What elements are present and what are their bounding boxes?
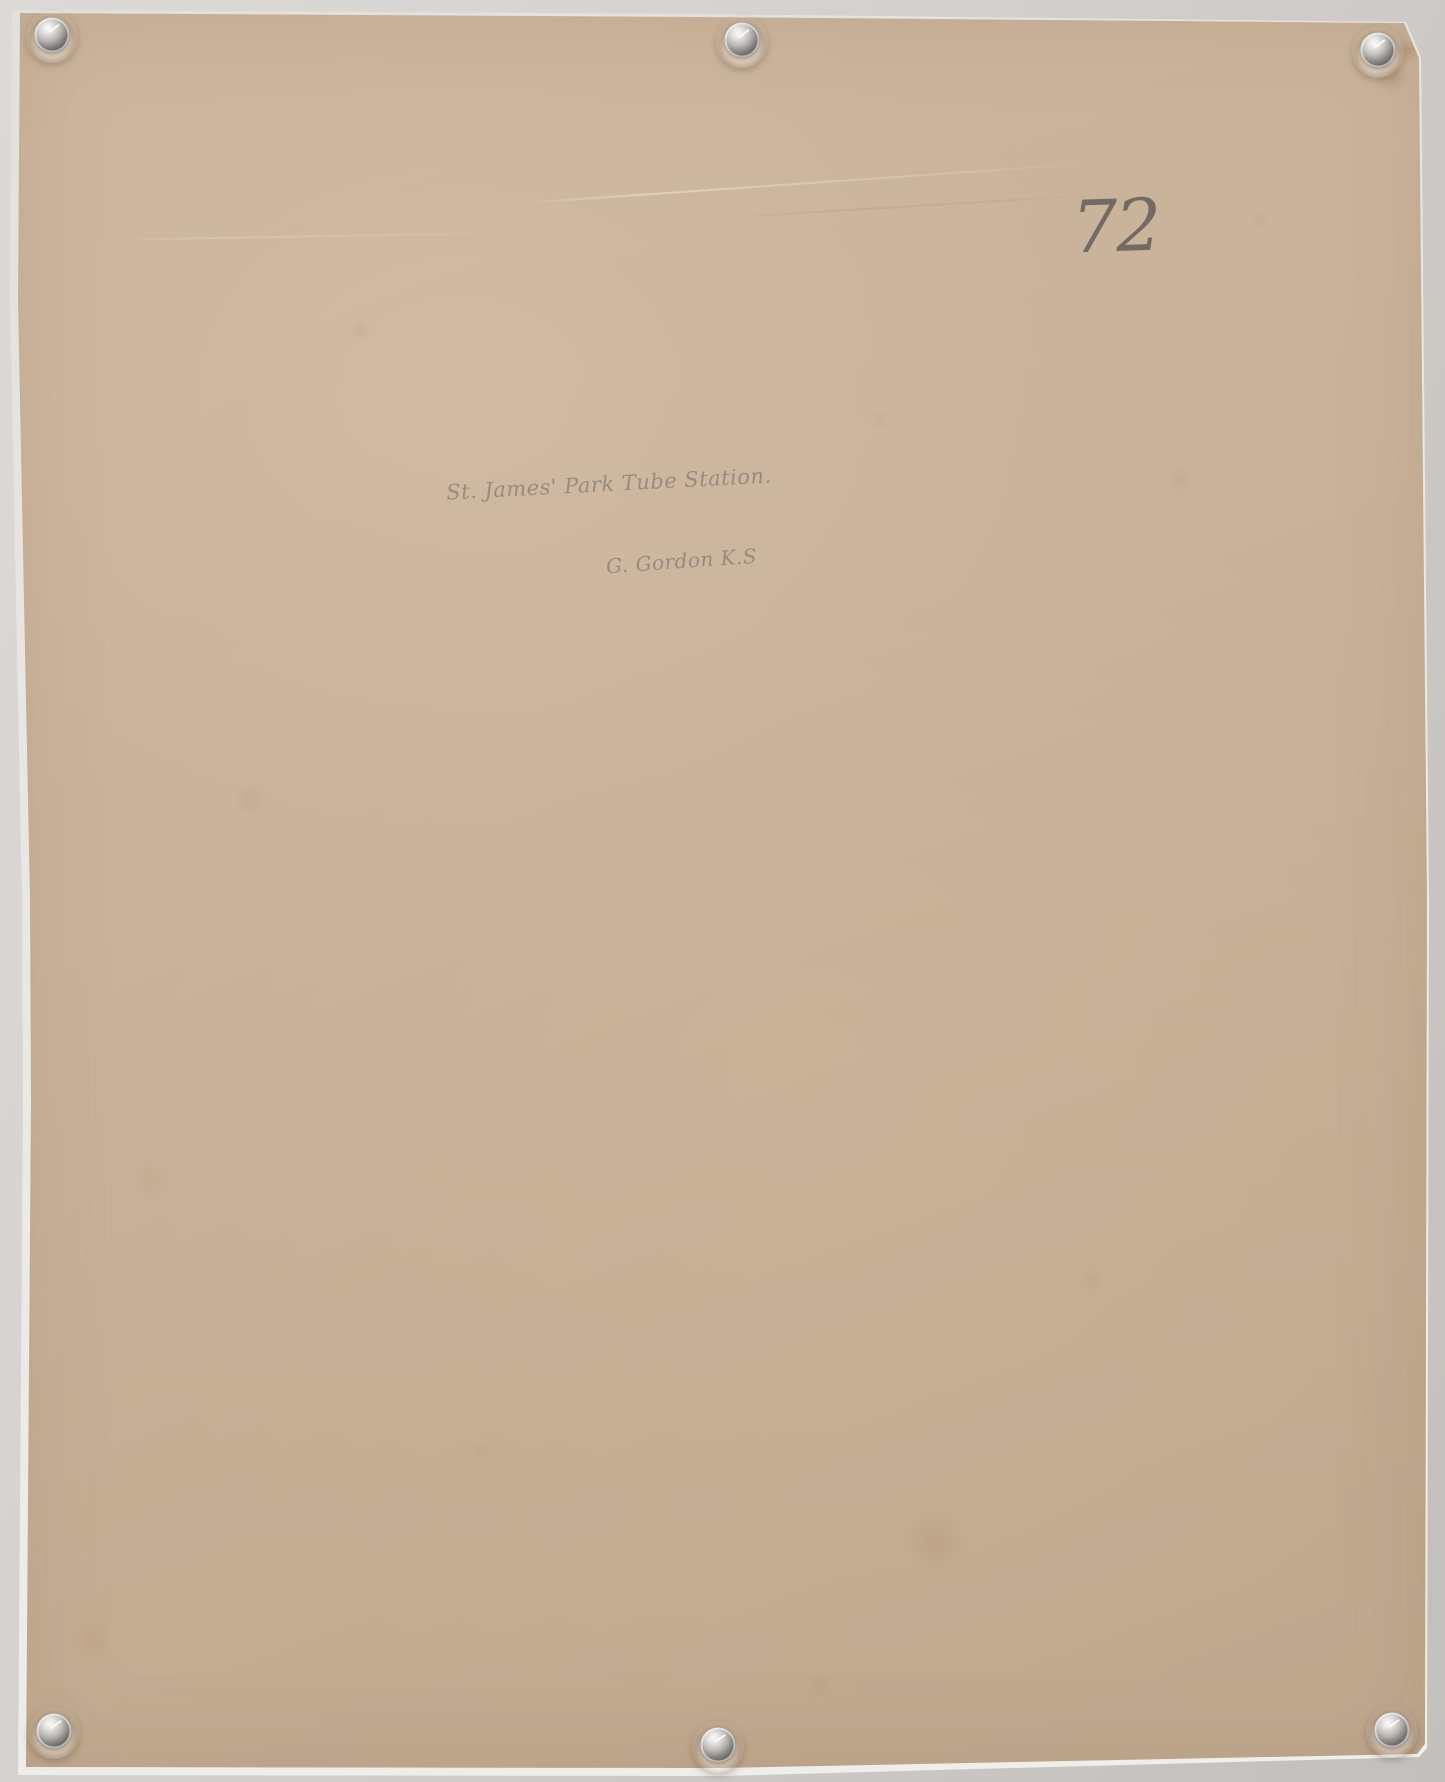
pushpin-glint (50, 1720, 62, 1729)
pushpin-head (701, 1727, 736, 1762)
pushpin-bottom-right (1362, 1702, 1422, 1762)
pushpin-glint (1388, 1719, 1400, 1728)
pushpin-head (1375, 1712, 1410, 1747)
pushpin-top-left (22, 7, 82, 67)
pushpin-top-right (1348, 22, 1408, 82)
pushpin-head (35, 17, 70, 52)
pushpin-glint (48, 24, 60, 33)
pushpin-glint (1374, 39, 1386, 48)
catalog-number-inscription: 72 (1071, 182, 1162, 269)
paper-sheet (0, 0, 1445, 1782)
pushpin-bottom-left (24, 1703, 84, 1763)
pushpin-head (37, 1713, 72, 1748)
pushpin-glint (714, 1734, 726, 1743)
pushpin-glint (738, 29, 750, 38)
pushpin-head (725, 22, 760, 57)
pushpin-bottom-center (688, 1717, 748, 1777)
photo-of-drawing-verso: 72 St. James' Park Tube Station. G. Gord… (0, 0, 1445, 1782)
pushpin-head (1361, 32, 1396, 67)
pushpin-top-center (712, 12, 772, 72)
